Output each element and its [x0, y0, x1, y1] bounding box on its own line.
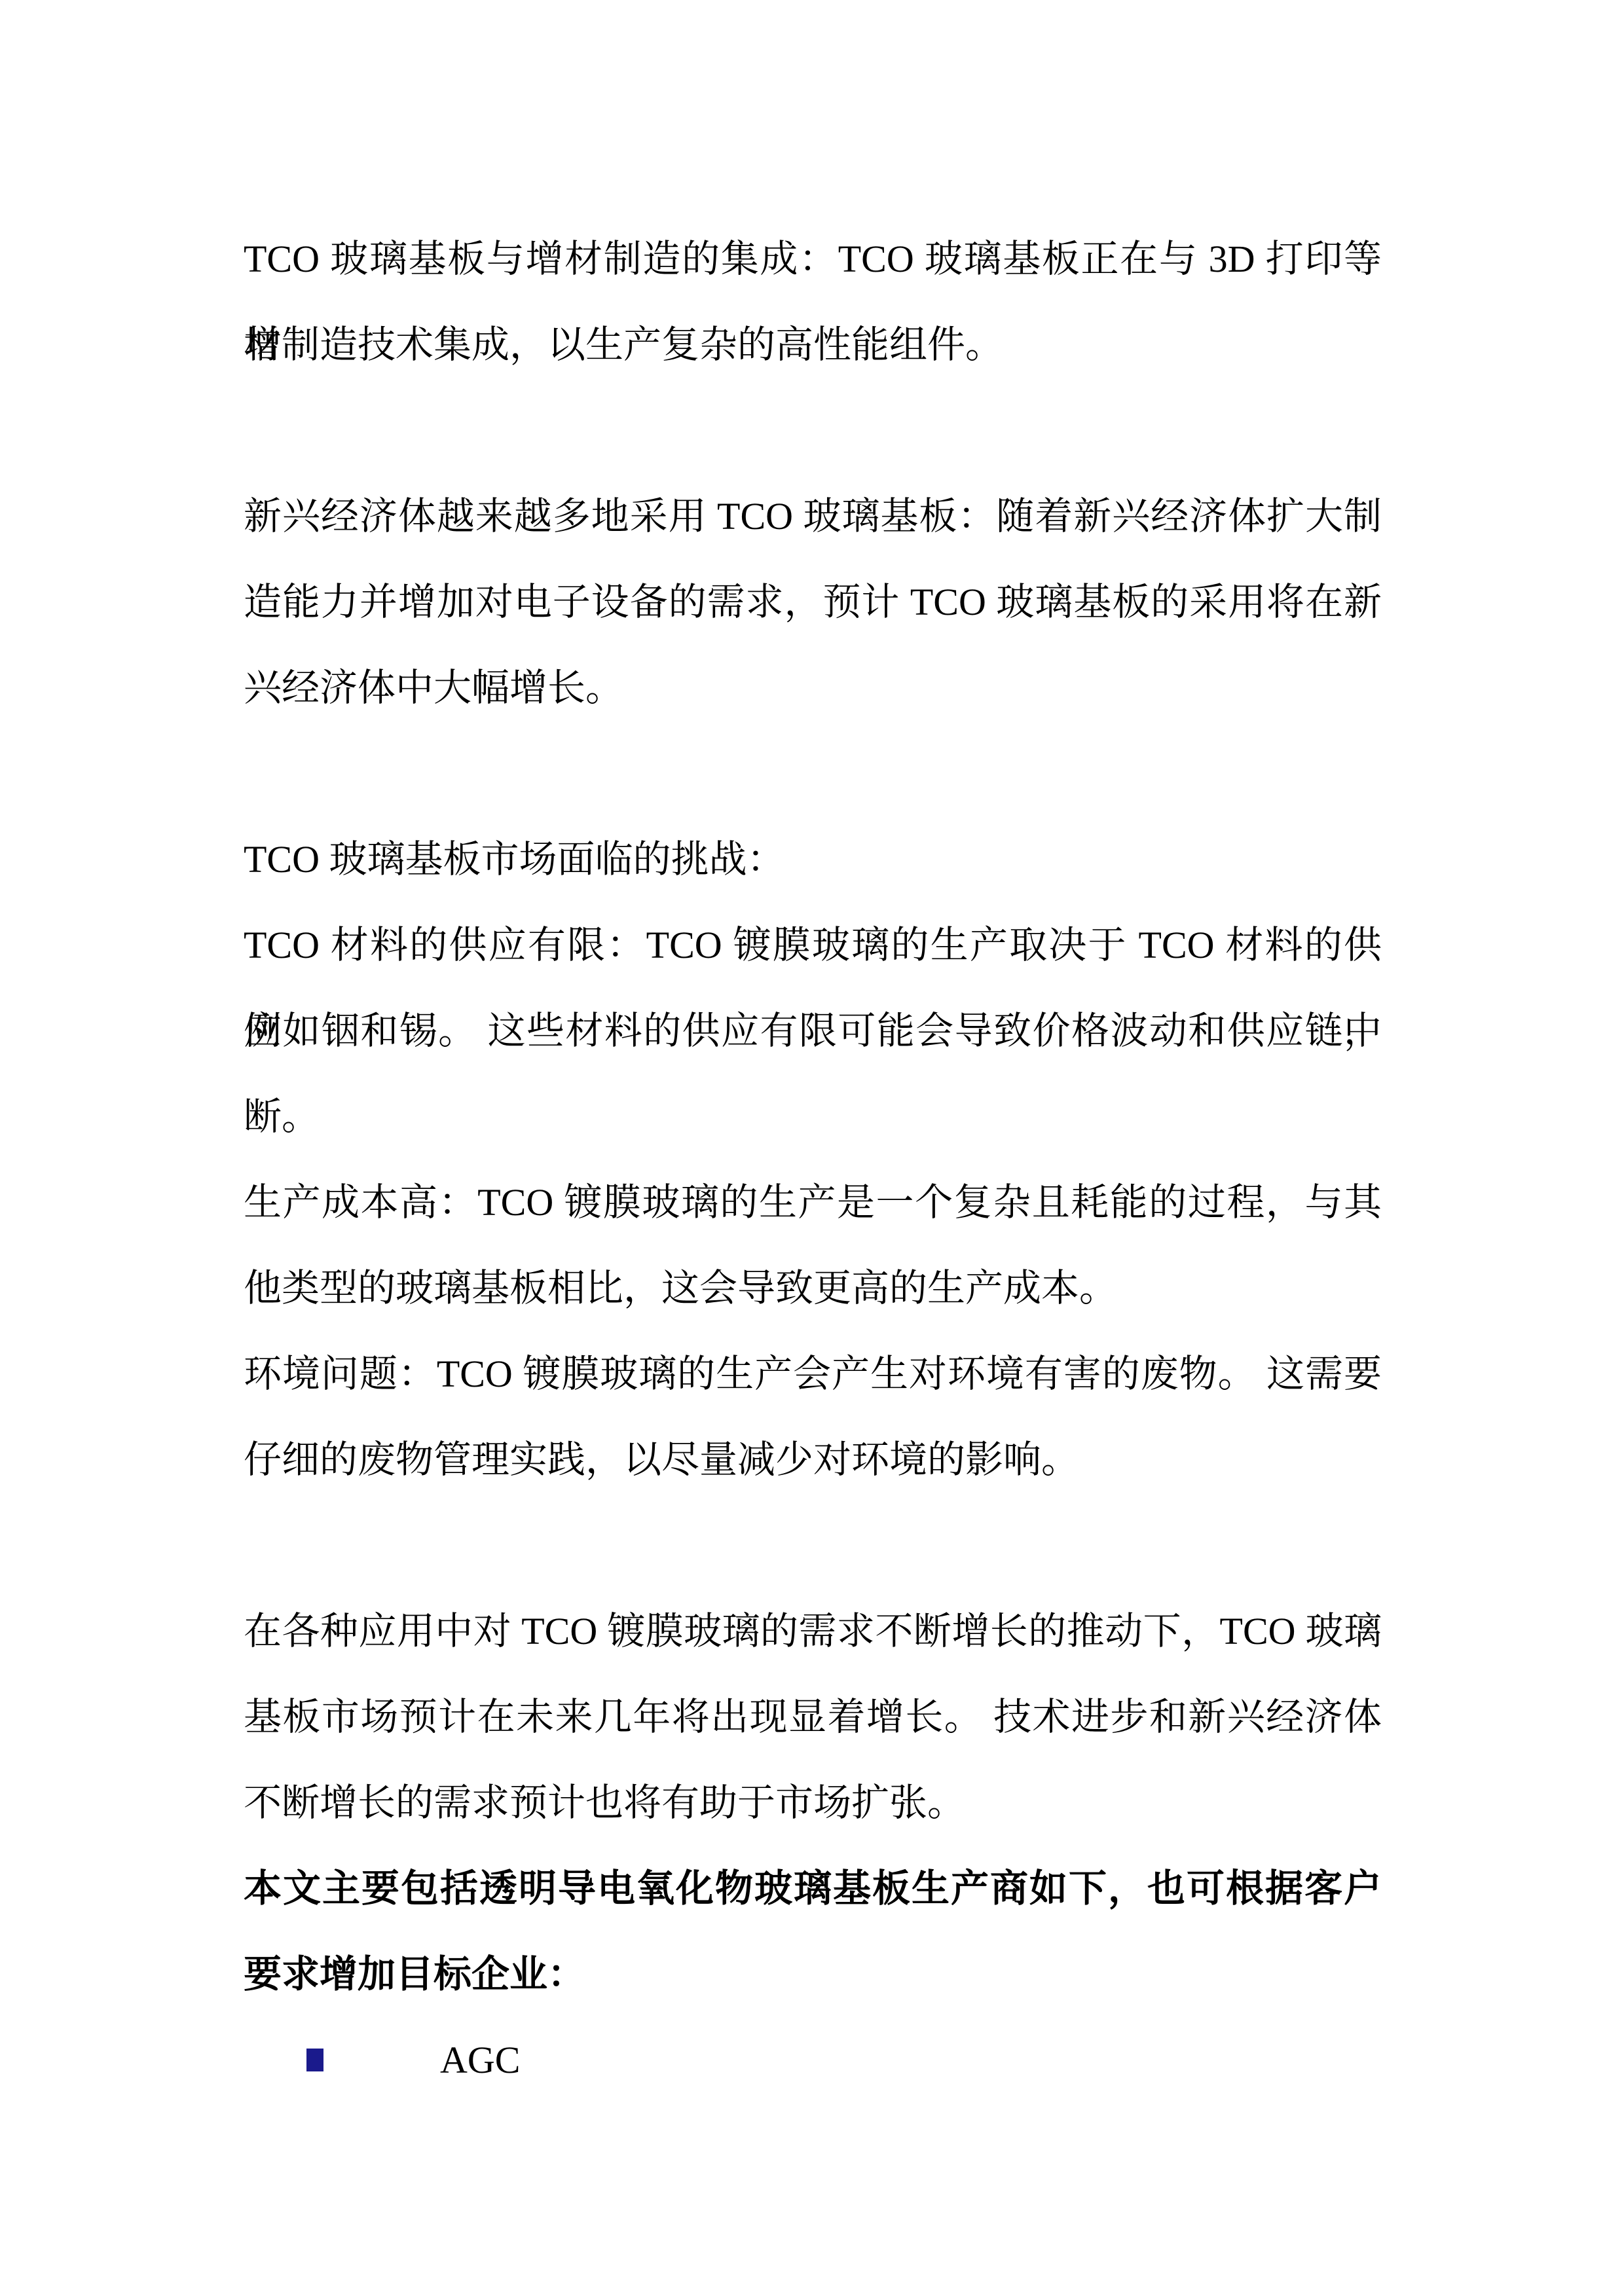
paragraph-line: 仔细的废物管理实践，以尽量减少对环境的影响。	[244, 1417, 1382, 1503]
square-bullet-icon	[306, 2049, 323, 2071]
list-item: AGC	[244, 2017, 1382, 2103]
paragraph-line: 他类型的玻璃基板相比，这会导致更高的生产成本。	[244, 1245, 1382, 1331]
blank-line	[244, 731, 1382, 816]
manufacturer-name: AGC	[440, 2017, 520, 2103]
paragraph-line: 兴经济体中大幅增长。	[244, 645, 1382, 731]
paragraph-line: TCO 材料的供应有限：TCO 镀膜玻璃的生产取决于 TCO 材料的供应，	[244, 902, 1382, 988]
paragraph-line: 生产成本高：TCO 镀膜玻璃的生产是一个复杂且耗能的过程，与其	[244, 1159, 1382, 1245]
blank-line	[244, 388, 1382, 473]
manufacturers-heading-line: 本文主要包括透明导电氧化物玻璃基板生产商如下，也可根据客户	[244, 1846, 1382, 1931]
paragraph-line: 基板市场预计在未来几年将出现显着增长。 技术进步和新兴经济体	[244, 1674, 1382, 1760]
paragraph-line: 不断增长的需求预计也将有助于市场扩张。	[244, 1760, 1382, 1846]
paragraph-line: 环境问题：TCO 镀膜玻璃的生产会产生对环境有害的废物。 这需要	[244, 1331, 1382, 1417]
manufacturers-heading-line: 要求增加目标企业：	[244, 1931, 1382, 2017]
paragraph-line: 材制造技术集成，以生产复杂的高性能组件。	[244, 302, 1382, 388]
paragraph-line: 造能力并增加对电子设备的需求，预计 TCO 玻璃基板的采用将在新	[244, 559, 1382, 645]
paragraph-line: 在各种应用中对 TCO 镀膜玻璃的需求不断增长的推动下，TCO 玻璃	[244, 1588, 1382, 1674]
paragraph-line: 新兴经济体越来越多地采用 TCO 玻璃基板：随着新兴经济体扩大制	[244, 473, 1382, 559]
paragraph-line: TCO 玻璃基板与增材制造的集成：TCO 玻璃基板正在与 3D 打印等增	[244, 216, 1382, 302]
paragraph-line: 例如铟和锡。 这些材料的供应有限可能会导致价格波动和供应链中	[244, 988, 1382, 1074]
document-page: TCO 玻璃基板与增材制造的集成：TCO 玻璃基板正在与 3D 打印等增 材制造…	[0, 0, 1624, 2296]
section-title: TCO 玻璃基板市场面临的挑战：	[244, 816, 1382, 902]
blank-line	[244, 1503, 1382, 1588]
paragraph-line: 断。	[244, 1074, 1382, 1159]
